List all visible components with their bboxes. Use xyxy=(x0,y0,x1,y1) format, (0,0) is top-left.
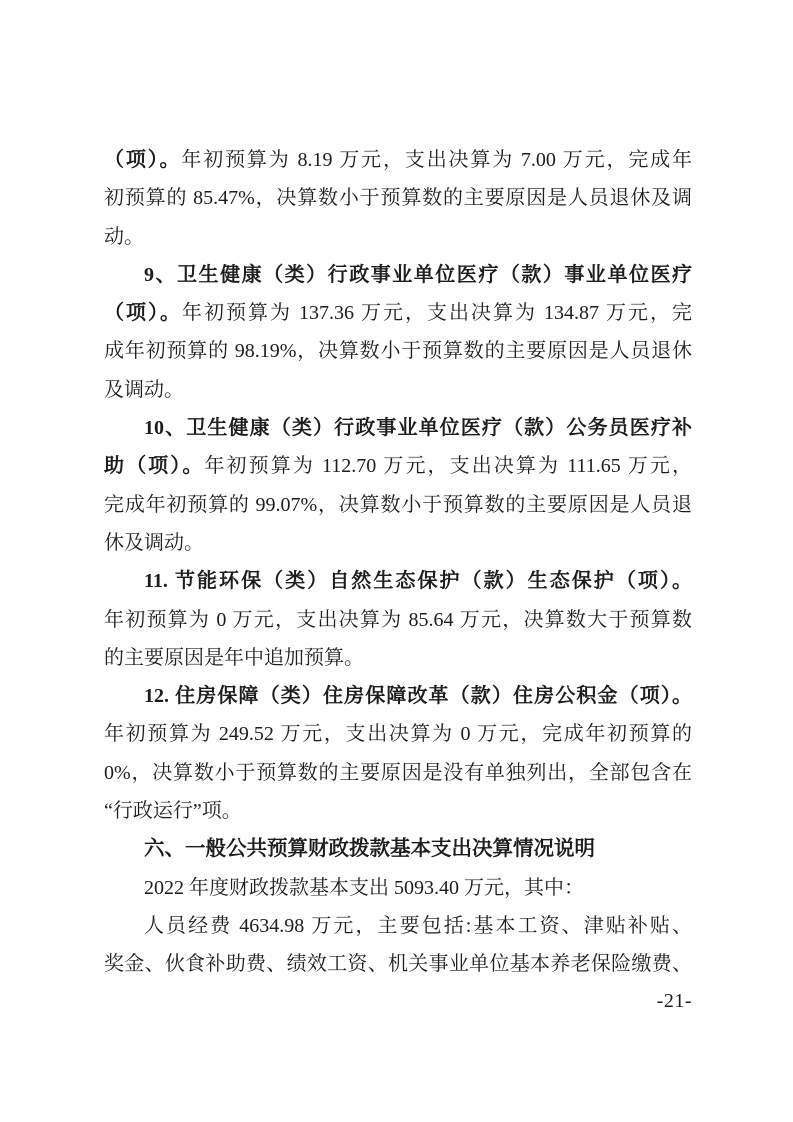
paragraph-personnel-expenses: 人员经费 4634.98 万元，主要包括:基本工资、津贴补贴、 奖金、伙食补助费… xyxy=(104,907,692,984)
page-body: （项）。年初预算为 8.19 万元，支出决算为 7.00 万元，完成年 初预算的… xyxy=(104,141,692,984)
text-line: 动。 xyxy=(104,218,692,256)
text-line: （项）。年初预算为 137.36 万元，支出决算为 134.87 万元，完 xyxy=(104,294,692,332)
text-line: 9、卫生健康（类）行政事业单位医疗（款）事业单位医疗 xyxy=(104,256,692,294)
text-line: 12. 住房保障（类）住房保障改革（款）住房公积金（项）。 xyxy=(104,677,692,715)
text-line: 成年初预算的 98.19%，决算数小于预算数的主要原因是人员退休 xyxy=(104,332,692,370)
paragraph-item-8-continuation: （项）。年初预算为 8.19 万元，支出决算为 7.00 万元，完成年 初预算的… xyxy=(104,141,692,256)
page-number: -21- xyxy=(657,990,692,1013)
document-page: （项）。年初预算为 8.19 万元，支出决算为 7.00 万元，完成年 初预算的… xyxy=(0,0,793,1122)
bold-run: （项）。 xyxy=(104,302,182,324)
bold-run: （项）。 xyxy=(104,149,181,171)
text-line: 助（项）。年初预算为 112.70 万元，支出决算为 111.65 万元， xyxy=(104,447,692,485)
text-line: 休及调动。 xyxy=(104,524,692,562)
text-line: 的主要原因是年中追加预算。 xyxy=(104,639,692,677)
section-heading: 六、一般公共预算财政拨款基本支出决算情况说明 xyxy=(104,830,692,868)
paragraph-item-11: 11. 节能环保（类）自然生态保护（款）生态保护（项）。 年初预算为 0 万元，… xyxy=(104,562,692,677)
text-line: 11. 节能环保（类）自然生态保护（款）生态保护（项）。 xyxy=(104,562,692,600)
text-run: 年初预算为 8.19 万元，支出决算为 7.00 万元，完成年 xyxy=(181,149,692,171)
section-heading-six: 六、一般公共预算财政拨款基本支出决算情况说明 xyxy=(104,830,692,868)
text-line: “行政运行”项。 xyxy=(104,792,692,830)
text-line: 年初预算为 249.52 万元，支出决算为 0 万元，完成年初预算的 xyxy=(104,715,692,753)
text-line: 奖金、伙食补助费、绩效工资、机关事业单位基本养老保险缴费、 xyxy=(104,945,692,983)
text-line: 及调动。 xyxy=(104,371,692,409)
text-line: 年初预算为 0 万元，支出决算为 85.64 万元，决算数大于预算数 xyxy=(104,601,692,639)
text-line: 初预算的 85.47%，决算数小于预算数的主要原因是人员退休及调 xyxy=(104,179,692,217)
text-run: 年初预算为 112.70 万元，支出决算为 111.65 万元， xyxy=(204,455,692,477)
text-line: 2022 年度财政拨款基本支出 5093.40 万元，其中： xyxy=(104,869,692,907)
text-line: 0%，决算数小于预算数的主要原因是没有单独列出，全部包含在 xyxy=(104,754,692,792)
bold-run: 10、卫生健康（类）行政事业单位医疗（款）公务员医疗补 xyxy=(144,417,692,439)
paragraph-item-9: 9、卫生健康（类）行政事业单位医疗（款）事业单位医疗 （项）。年初预算为 137… xyxy=(104,256,692,409)
text-line: 人员经费 4634.98 万元，主要包括:基本工资、津贴补贴、 xyxy=(104,907,692,945)
paragraph-item-12: 12. 住房保障（类）住房保障改革（款）住房公积金（项）。 年初预算为 249.… xyxy=(104,677,692,830)
paragraph-item-10: 10、卫生健康（类）行政事业单位医疗（款）公务员医疗补 助（项）。年初预算为 1… xyxy=(104,409,692,562)
bold-run: 助（项）。 xyxy=(104,455,204,477)
text-run: 年初预算为 137.36 万元，支出决算为 134.87 万元，完 xyxy=(182,302,692,324)
text-line: （项）。年初预算为 8.19 万元，支出决算为 7.00 万元，完成年 xyxy=(104,141,692,179)
paragraph-basic-expenditure-total: 2022 年度财政拨款基本支出 5093.40 万元，其中： xyxy=(104,869,692,907)
text-line: 完成年初预算的 99.07%，决算数小于预算数的主要原因是人员退 xyxy=(104,486,692,524)
bold-run: 9、卫生健康（类）行政事业单位医疗（款）事业单位医疗 xyxy=(144,264,692,286)
bold-run: 12. 住房保障（类）住房保障改革（款）住房公积金（项）。 xyxy=(144,685,692,707)
text-line: 10、卫生健康（类）行政事业单位医疗（款）公务员医疗补 xyxy=(104,409,692,447)
bold-run: 11. 节能环保（类）自然生态保护（款）生态保护（项）。 xyxy=(144,570,692,592)
